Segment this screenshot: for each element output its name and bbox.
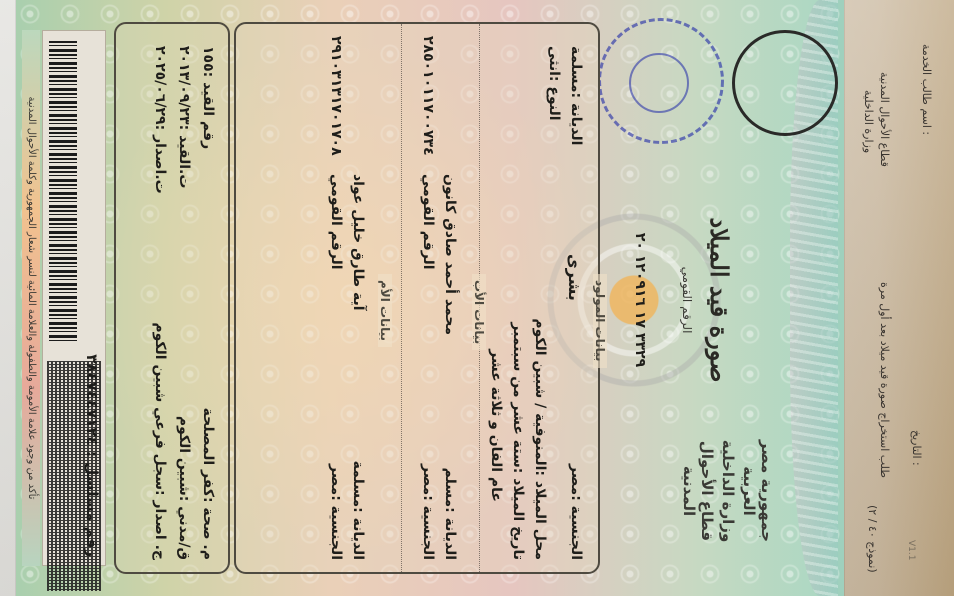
- record-number-label: الرقم القومي: [680, 230, 694, 370]
- newborn-gender: النوع :انثى: [546, 46, 562, 121]
- newborn-religion: الديانة :مسلمة: [568, 46, 584, 145]
- newborn-birth-date: تاريخ الميلاد :ستة عشر من سبتمبر: [510, 322, 526, 560]
- document-title: صورة قيد الميلاد: [705, 180, 734, 420]
- form-number: (نموذج ٤٠ / ٢): [866, 505, 879, 573]
- entry-number: رقم القيد :١٥٥: [200, 46, 216, 149]
- issuing-authority: جمهورية مصر العربية وزارة الداخلية قطاع …: [677, 416, 776, 566]
- mother-national-id: ٢٩١٠٣١٣١٧٠١٧٠٨: [328, 36, 344, 156]
- certificate-photo: جمهورية مصر العربية وزارة الداخلية قطاع …: [16, 0, 844, 596]
- request-title: طلب استخراج صورة قيد ميلاد بعد أول مرة: [878, 282, 891, 478]
- record-number: ٣٣٢٩ ١٧ ١٢٠٩١٦ ٢٠: [632, 150, 648, 450]
- father-nationality: الجنسية :مصر: [420, 464, 436, 560]
- newborn-section-heading: بيانات المولود: [593, 274, 607, 368]
- hand-drawn-circle: [732, 30, 838, 136]
- newborn-name: بشرى: [565, 254, 584, 301]
- eagle-emblem-icon: [629, 53, 689, 113]
- newborn-birth-year: عام الفان و ثلاثة عشر: [488, 349, 504, 502]
- father-section-heading: بيانات الأب: [472, 274, 486, 350]
- side-form-sector: قطاع الأحوال المدنية: [878, 72, 891, 167]
- birth-certificate: جمهورية مصر العربية وزارة الداخلية قطاع …: [16, 0, 844, 596]
- barcode-icon: [49, 41, 77, 341]
- header-line: جمهورية مصر العربية: [740, 416, 776, 566]
- issuing-office: ج. اصدار :سجل فرعي شبين الكوم: [152, 322, 168, 560]
- pdf417-barcode-icon: [47, 361, 101, 591]
- form-version: V1.1: [906, 540, 916, 560]
- serial-strip: رقم مسلسل : ٣٨٤٧٤٤٧١٢٤: [42, 30, 106, 566]
- civil-district: ق/مدني :شبين الكوم: [176, 416, 192, 560]
- newborn-birth-place: محل الميلاد :المنوفية / شبين الكوم: [532, 318, 548, 560]
- father-national-id: ٢٨٥٠١٠١١٧٠٠٧٣٤: [420, 36, 436, 156]
- registration-panel: م. صحة :كفر المصلحة ق/مدني :شبين الكوم ج…: [114, 22, 230, 574]
- birth-details-panel: بيانات المولود بشرى الديانة :مسلمة النوع…: [234, 22, 600, 574]
- mother-name: آية طارق خليل عواد: [350, 174, 366, 311]
- applicant-name-label: اسم طالب الخدمة :: [920, 44, 933, 135]
- entry-date: ت.القيد :٢٠١٣/٠٩/٢٣: [176, 46, 192, 188]
- official-stamp: [598, 18, 724, 144]
- mother-section-heading: بيانات الأم: [378, 274, 392, 347]
- side-form-ministry: وزارة الداخلية: [862, 90, 875, 153]
- father-name: محمد أحمد صادق كانون: [442, 174, 458, 335]
- mother-nationality: الجنسية :مصر: [328, 464, 344, 560]
- father-id-label: الرقم القومي: [420, 174, 436, 270]
- father-religion: الديانة :مسلم: [442, 468, 458, 560]
- health-office: م. صحة :كفر المصلحة: [200, 408, 216, 560]
- header-line: قطاع الأحوال المدنية: [680, 416, 716, 566]
- header-line: وزارة الداخلية: [719, 416, 737, 566]
- mother-religion: الديانة :مسلمة: [350, 461, 366, 560]
- issue-date: ت.اصدار :٢٠٢٥/٠٦/٢٩: [152, 46, 168, 194]
- mother-id-label: الرقم القومي: [328, 174, 344, 270]
- security-notice: تأكد من وجود علامة الأمومة والطفولة والع…: [22, 30, 40, 566]
- microtext-line: [400, 24, 402, 572]
- date-label: التاريخ :: [910, 430, 923, 466]
- newborn-nationality: الجنسية :مصر: [568, 464, 584, 560]
